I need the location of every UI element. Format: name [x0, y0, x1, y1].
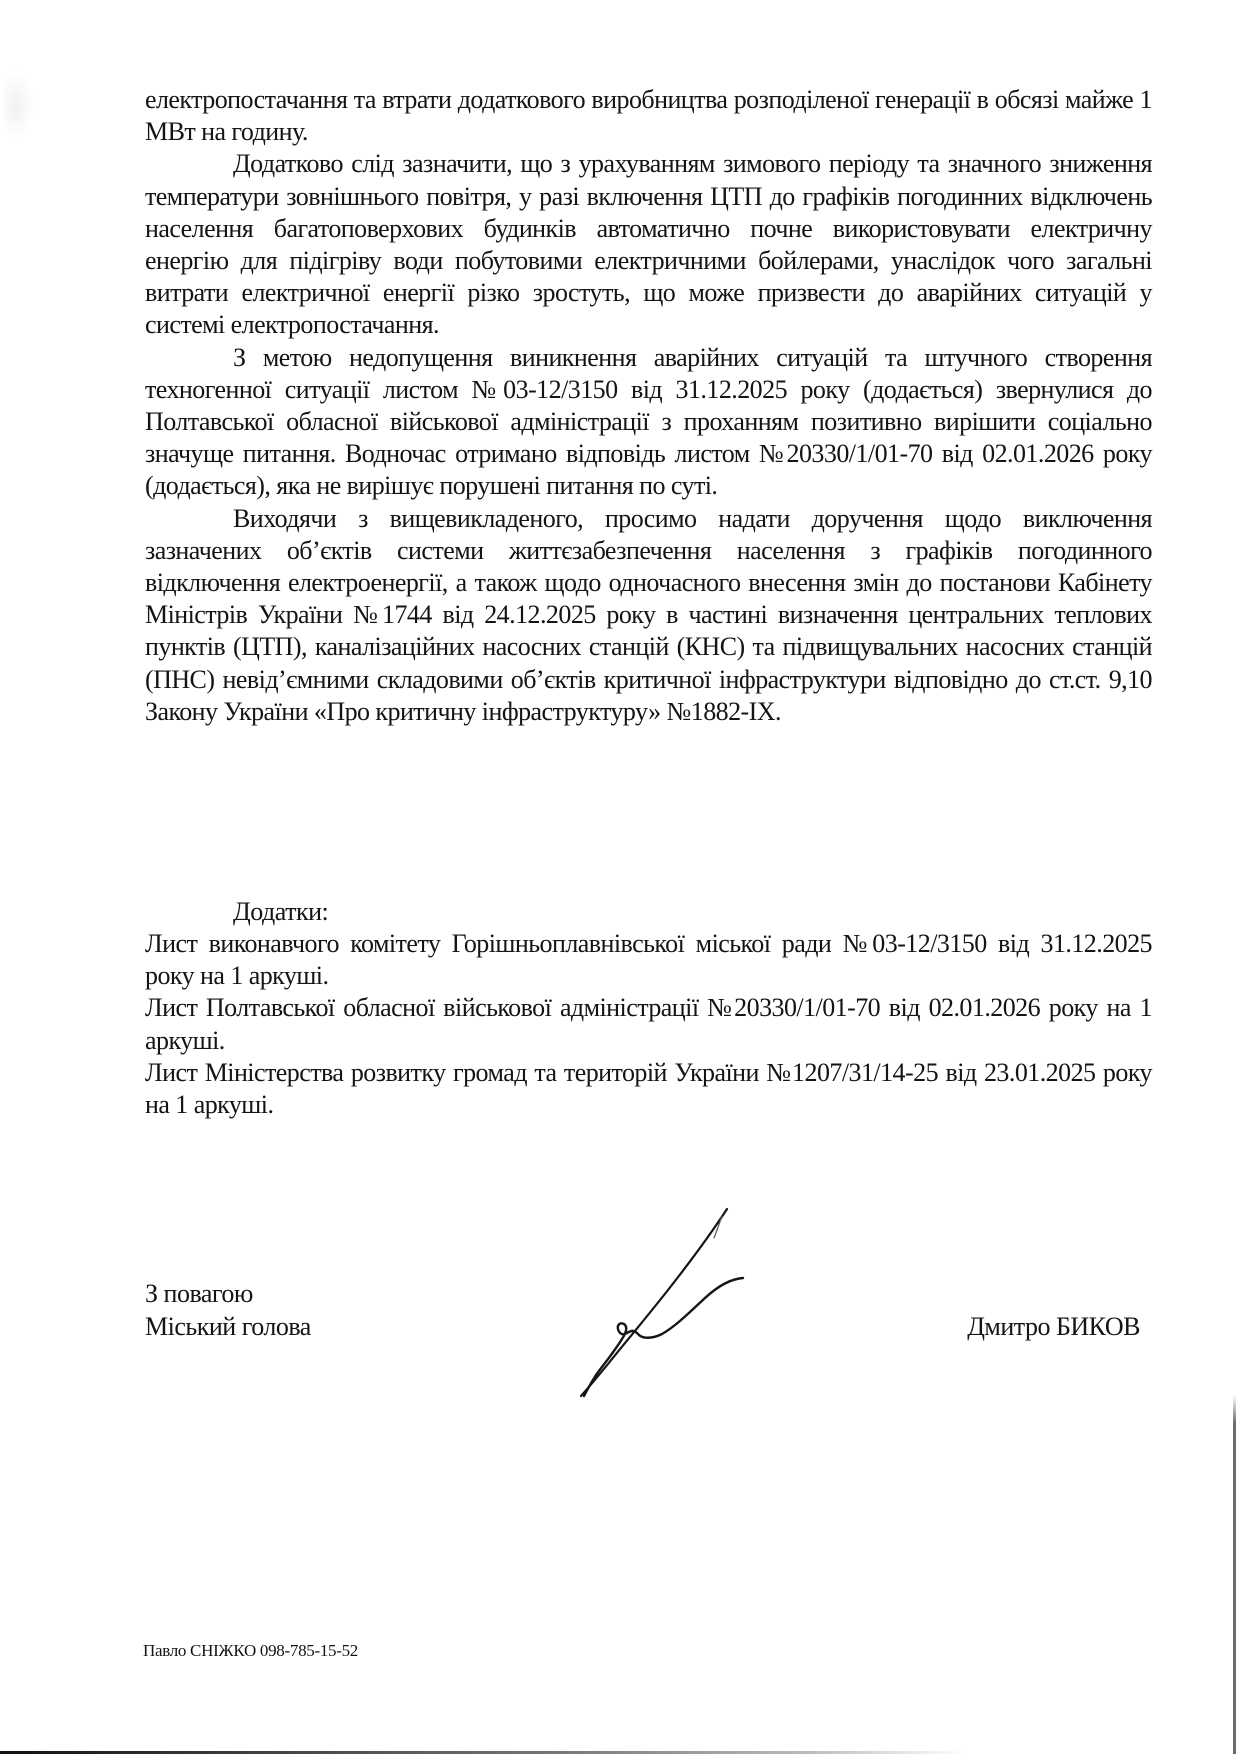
annexes-list: Лист виконавчого комітету Горішньоплавні… [145, 928, 1152, 1121]
signer-position: Міський голова [145, 1310, 311, 1343]
handwritten-signature-icon [570, 1200, 760, 1400]
executor-contact: Павло СНІЖКО 098-785-15-52 [143, 1640, 358, 1662]
scan-edge-right [1233, 1395, 1236, 1754]
letter-body: електропостачання та втрати додаткового … [145, 84, 1152, 728]
paragraph-appeal-history: З метою недопущення виникнення аварійних… [145, 342, 1152, 503]
paragraph-continuation: електропостачання та втрати додаткового … [145, 84, 1152, 148]
annex-item: Лист Полтавської обласної військової адм… [145, 992, 1152, 1056]
closing-regards: З повагою [145, 1277, 311, 1310]
annex-item: Лист Міністерства розвитку громад та тер… [145, 1057, 1152, 1121]
closing-block: З повагою Міський голова [145, 1277, 311, 1343]
annexes-title: Додатки: [233, 896, 328, 928]
document-page: електропостачання та втрати додаткового … [0, 0, 1240, 1754]
signer-name: Дмитро БИКОВ [967, 1310, 1140, 1343]
paragraph-winter-risk: Додатково слід зазначити, що з урахуванн… [145, 148, 1152, 341]
annex-item: Лист виконавчого комітету Горішньоплавні… [145, 928, 1152, 992]
paragraph-request: Виходячи з вищевикладеного, просимо нада… [145, 503, 1152, 728]
scan-speckle [4, 70, 34, 140]
